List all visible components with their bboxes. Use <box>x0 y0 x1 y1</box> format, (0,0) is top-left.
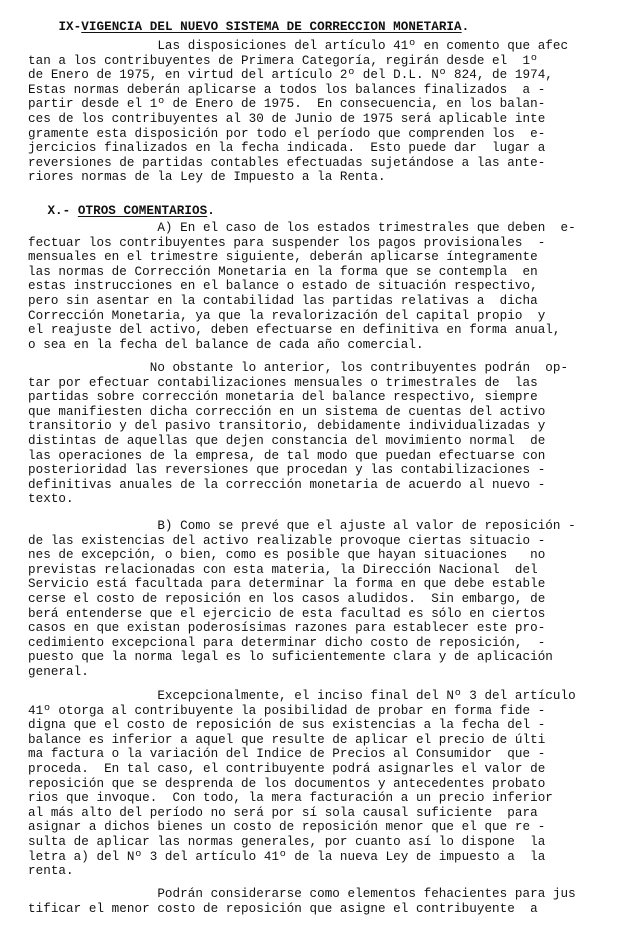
section-ix-title: VIGENCIA DEL NUEVO SISTEMA DE CORRECCION… <box>81 20 461 34</box>
text-line: Las disposiciones del artículo 41º en co… <box>28 40 568 53</box>
text-line: cerse el costo de reposición en los caso… <box>28 593 545 606</box>
text-line: posterioridad las reversiones que proced… <box>28 464 545 477</box>
text-line: el reajuste del activo, deben efectuarse… <box>28 324 561 337</box>
section-x-number: X.- <box>47 204 77 218</box>
text-line: renta. <box>28 865 74 878</box>
text-line: tan a los contribuyentes de Primera Cate… <box>28 55 538 68</box>
text-line: reversiones de partidas contables efectu… <box>28 157 545 170</box>
text-line: texto. <box>28 493 74 506</box>
text-line: digna que el costo de reposición de sus … <box>28 719 545 732</box>
text-line: o sea en la fecha del balance de cada añ… <box>28 339 424 352</box>
text-line: Corrección Monetaria, ya que la revalori… <box>28 310 545 323</box>
text-line: Estas normas deberán aplicarse a todos l… <box>28 84 545 97</box>
text-line: letra a) del Nº 3 del artículo 41º de la… <box>28 851 545 864</box>
text-line: cedimiento excepcional para determinar d… <box>28 637 545 650</box>
text-line: tificar el menor costo de reposición que… <box>28 903 538 916</box>
text-line: berá entenderse que el ejercicio de esta… <box>28 608 545 621</box>
text-line: proceda. En tal caso, el contribuyente p… <box>28 763 545 776</box>
text-line: partidas sobre corrección monetaria del … <box>28 391 538 404</box>
text-line: general. <box>28 666 89 679</box>
text-line: pero sin asentar en la contabilidad las … <box>28 295 538 308</box>
text-line: mensuales en el trimestre siguiente, deb… <box>28 251 538 264</box>
text-line: transitorio y del pasivo transitorio, de… <box>28 420 545 433</box>
text-line: balance es inferior a aquel que resulte … <box>28 734 545 747</box>
text-line: sulta de aplicar las normas generales, p… <box>28 836 545 849</box>
text-line: riores normas de la Ley de Impuesto a la… <box>28 171 386 184</box>
text-line: ces de los contribuyentes al 30 de Junio… <box>28 113 545 126</box>
text-line: distintas de aquellas que dejen constanc… <box>28 435 545 448</box>
text-line: Podrán considerarse como elementos fehac… <box>28 888 576 901</box>
text-line: previstas relacionadas con esta materia,… <box>28 564 538 577</box>
text-line: al más alto del período no será por sí s… <box>28 807 538 820</box>
text-line: las normas de Corrección Monetaria en la… <box>28 266 538 279</box>
text-line: B) Como se prevé que el ajuste al valor … <box>28 520 576 533</box>
text-line: reposición que se desprenda de los docum… <box>28 778 545 791</box>
text-line: estas instrucciones en el balance o esta… <box>28 280 538 293</box>
text-line: Excepcionalmente, el inciso final del Nº… <box>28 690 576 703</box>
text-line: las operaciones de la empresa, de tal mo… <box>28 450 545 463</box>
text-line: jercicios finalizados en la fecha indica… <box>28 142 545 155</box>
text-line: gramente esta disposición por todo el pe… <box>28 128 545 141</box>
text-line: No obstante lo anterior, los contribuyen… <box>28 362 568 375</box>
text-line: 41º otorga al contribuyente la posibilid… <box>28 705 545 718</box>
section-x-title: OTROS COMENTARIOS <box>78 204 207 218</box>
text-line: Servicio está facultada para determinar … <box>28 578 545 591</box>
text-line: ma factura o la variación del Indice de … <box>28 748 545 761</box>
text-line: puesto que la norma legal es lo suficien… <box>28 651 553 664</box>
text-line: asignar a dichos bienes un costo de repo… <box>28 821 545 834</box>
text-line: definitivas anuales de la corrección mon… <box>28 479 545 492</box>
text-line: de las existencias del activo realizable… <box>28 535 545 548</box>
text-line: partir desde el 1º de Enero de 1975. En … <box>28 98 545 111</box>
text-line: nes de excepción, o bien, como es posibl… <box>28 549 545 562</box>
section-ix-number: IX- <box>58 20 81 34</box>
text-line: que manifiesten dicha corrección en un s… <box>28 406 545 419</box>
text-line: rios que invoque. Con todo, la mera fact… <box>28 792 553 805</box>
text-line: casos en que existan poderosísimas razon… <box>28 622 545 635</box>
text-line: fectuar los contribuyentes para suspende… <box>28 237 545 250</box>
text-line: de Enero de 1975, en virtud del artículo… <box>28 69 553 82</box>
text-line: A) En el caso de los estados trimestrale… <box>28 222 576 235</box>
text-line: tar por efectuar contabilizaciones mensu… <box>28 377 538 390</box>
